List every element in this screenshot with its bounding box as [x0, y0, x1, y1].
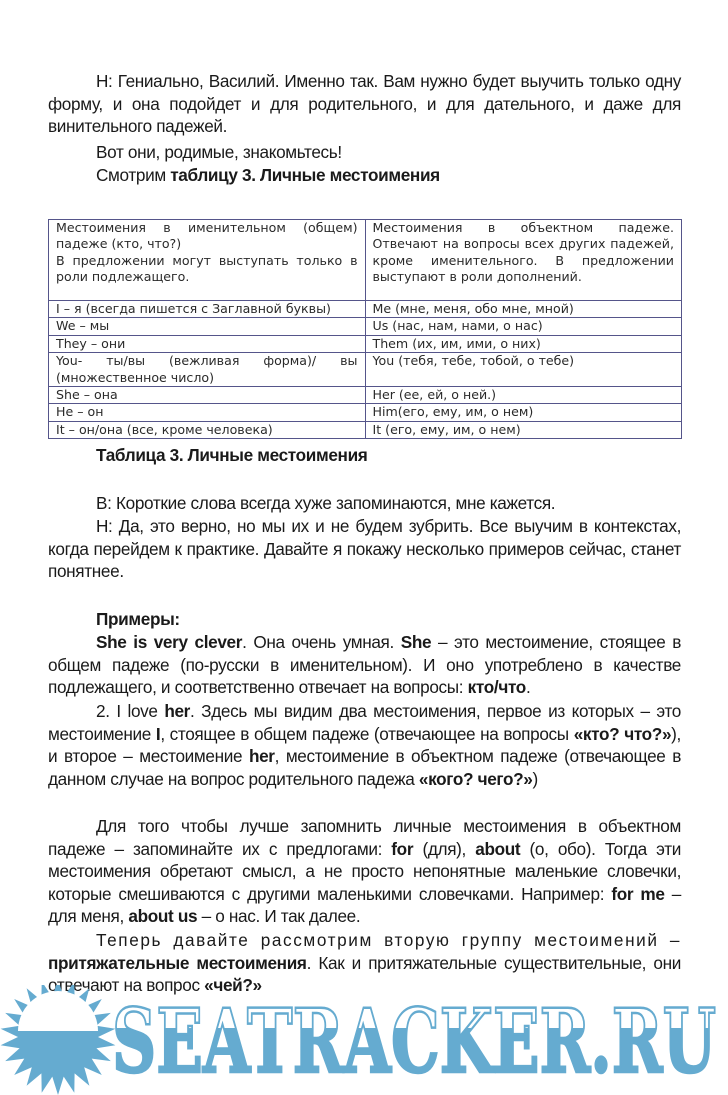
ex2-bold: «кто? что?» — [574, 724, 671, 744]
dialog-h-text: Н: Да, это верно, но мы их и не будем зу… — [48, 516, 681, 581]
ex2-bold: her — [164, 701, 190, 721]
cell-nominative: They – они — [49, 335, 366, 352]
tip-bold: for — [391, 839, 413, 859]
examples-heading-text: Примеры: — [96, 609, 180, 629]
table-row: He – он Him(его, ему, им, о нем) — [49, 404, 682, 421]
header-objective: Местоимения в объектном падеже. Отвечают… — [365, 220, 682, 301]
ex2-bold: «кого? чего?» — [419, 769, 533, 789]
ex1-text: . Она очень умная. — [242, 632, 401, 652]
header-left-l2a: В предложении могут выступать только в — [56, 253, 358, 269]
dialog-b-text: В: Короткие слова всегда хуже запоминают… — [96, 493, 555, 513]
ex1-text: . — [526, 677, 530, 697]
cell-nominative: It – он/она (все, кроме человека) — [49, 421, 366, 438]
pronouns-table: Местоимения в именительном (общем)падеже… — [48, 219, 682, 439]
ex1-bold-question: кто/что — [468, 677, 526, 697]
cell-objective: You (тебя, тебе, тобой, о тебе) — [365, 353, 682, 387]
cell-objective: Him(его, ему, им, о нем) — [365, 404, 682, 421]
watermark-text: SEATRACKER.RU SEATRACKER.RU — [112, 989, 716, 1093]
cell-nominative: I – я (всегда пишется с Заглавной буквы) — [49, 301, 366, 318]
table-caption: Таблица 3. Личные местоимения — [48, 444, 681, 467]
tip-text: (для), — [413, 839, 475, 859]
header-left-l1b: падеже (кто, что?) — [56, 236, 358, 252]
ex2-bold: her — [249, 746, 275, 766]
next-bold: притяжательные местоимения — [48, 953, 307, 973]
header-left-l2b: роли подлежащего. — [56, 269, 358, 285]
table-row: It – он/она (все, кроме человека) It (ег… — [49, 421, 682, 438]
document-page: Н: Гениально, Василий. Именно так. Вам н… — [0, 0, 728, 1095]
tip-text: – о нас. И так далее. — [197, 906, 360, 926]
cell-nominative: We – мы — [49, 318, 366, 335]
cell-objective: Me (мне, меня, обо мне, мной) — [365, 301, 682, 318]
header-left-l1a: Местоимения в именительном (общем) — [56, 220, 358, 236]
intro-text: Н: Гениально, Василий. Именно так. Вам н… — [48, 71, 681, 136]
cell-nominative: He – он — [49, 404, 366, 421]
table-ref-bold: таблицу 3. Личные местоимения — [170, 165, 440, 185]
cell-objective: Us (нас, нам, нами, о нас) — [365, 318, 682, 335]
table-reference: Смотрим таблицу 3. Личные местоимения — [48, 164, 681, 187]
table-ref-text: Смотрим — [96, 165, 170, 185]
tip-paragraph: Для того чтобы лучше запомнить личные ме… — [48, 815, 681, 928]
cell-nominative: She – она — [49, 387, 366, 404]
tip-bold: for me — [611, 884, 664, 904]
next-text: Теперь давайте рассмотрим вторую группу … — [96, 930, 681, 950]
example-2: 2. I love her. Здесь мы видим два местои… — [48, 700, 681, 790]
ex2-text: 2. I love — [96, 701, 164, 721]
intro-paragraph: Н: Гениально, Василий. Именно так. Вам н… — [48, 70, 681, 138]
table-header-row: Местоимения в именительном (общем)падеже… — [49, 220, 682, 301]
examples-heading: Примеры: — [48, 608, 681, 631]
cell-objective: Them (их, им, ими, о них) — [365, 335, 682, 352]
cell-objective: It (его, ему, им, о нем) — [365, 421, 682, 438]
tip-bold: about us — [128, 906, 197, 926]
table-row: You- ты/вы (вежливая форма)/ вы (множест… — [49, 353, 682, 387]
ex2-text: ) — [533, 769, 538, 789]
dialog-b: В: Короткие слова всегда хуже запоминают… — [48, 492, 681, 515]
cell-nominative: You- ты/вы (вежливая форма)/ вы (множест… — [49, 353, 366, 387]
ex1-bold-she: She — [401, 632, 431, 652]
table-row: They – они Them (их, им, ими, о них) — [49, 335, 682, 352]
ex1-bold-sentence: She is very clever — [96, 632, 242, 652]
intro-line-2: Вот они, родимые, знакомьтесь! — [48, 141, 681, 164]
watermark: SEATRACKER.RU SEATRACKER.RU — [0, 985, 728, 1095]
table-caption-text: Таблица 3. Личные местоимения — [96, 445, 367, 465]
tip-bold: about — [475, 839, 520, 859]
sun-icon — [1, 985, 116, 1095]
table-row: I – я (всегда пишется с Заглавной буквы)… — [49, 301, 682, 318]
intro-exclaim: Вот они, родимые, знакомьтесь! — [96, 142, 342, 162]
header-nominative: Местоимения в именительном (общем)падеже… — [49, 220, 366, 301]
cell-objective: Her (ее, ей, о ней.) — [365, 387, 682, 404]
table-row: We – мы Us (нас, нам, нами, о нас) — [49, 318, 682, 335]
table-row: She – она Her (ее, ей, о ней.) — [49, 387, 682, 404]
dialog-h: Н: Да, это верно, но мы их и не будем зу… — [48, 515, 681, 583]
example-1: She is very clever. Она очень умная. She… — [48, 631, 681, 699]
ex2-text: , стоящее в общем падеже (отвечающее на … — [160, 724, 573, 744]
